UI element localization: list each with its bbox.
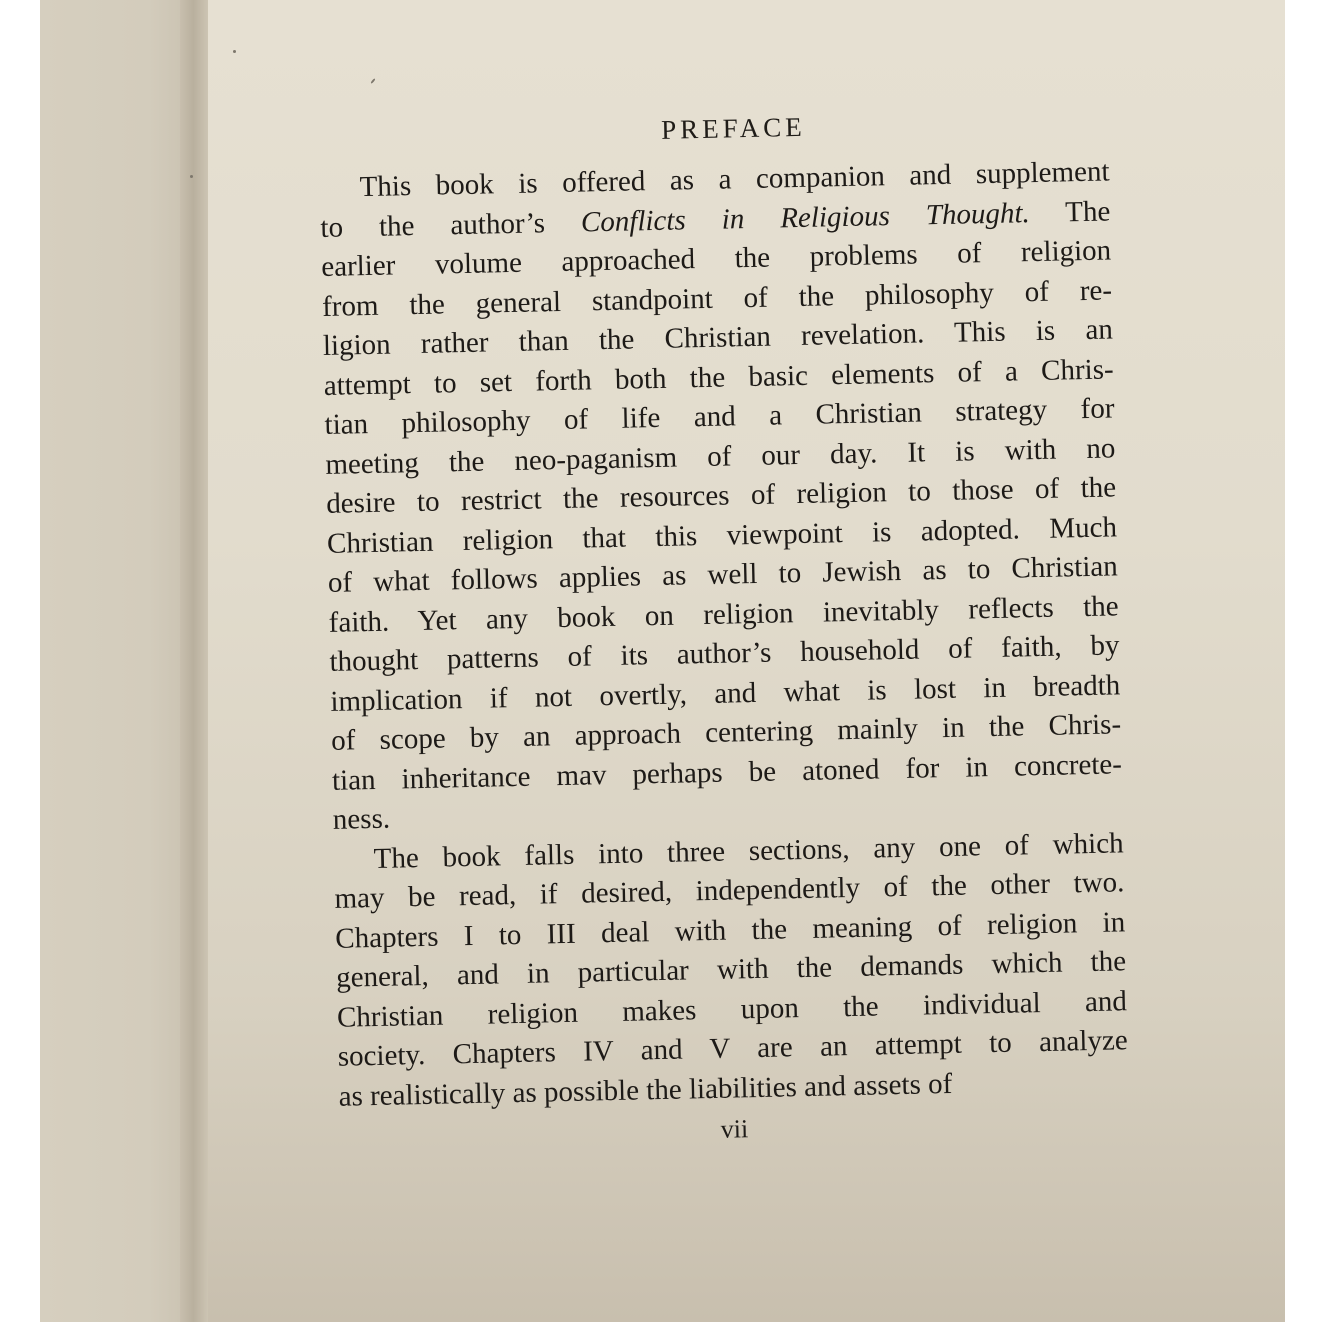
page-title: PREFACE (358, 105, 1108, 152)
left-page-blank (40, 0, 195, 1322)
book-gutter (180, 0, 210, 1322)
preface-body: This book is offered as a companion and … (319, 152, 1129, 1116)
preface-text: PREFACE This book is offered as a compan… (318, 93, 1130, 1152)
paper-speck (190, 175, 193, 178)
paper-speck (233, 50, 236, 53)
